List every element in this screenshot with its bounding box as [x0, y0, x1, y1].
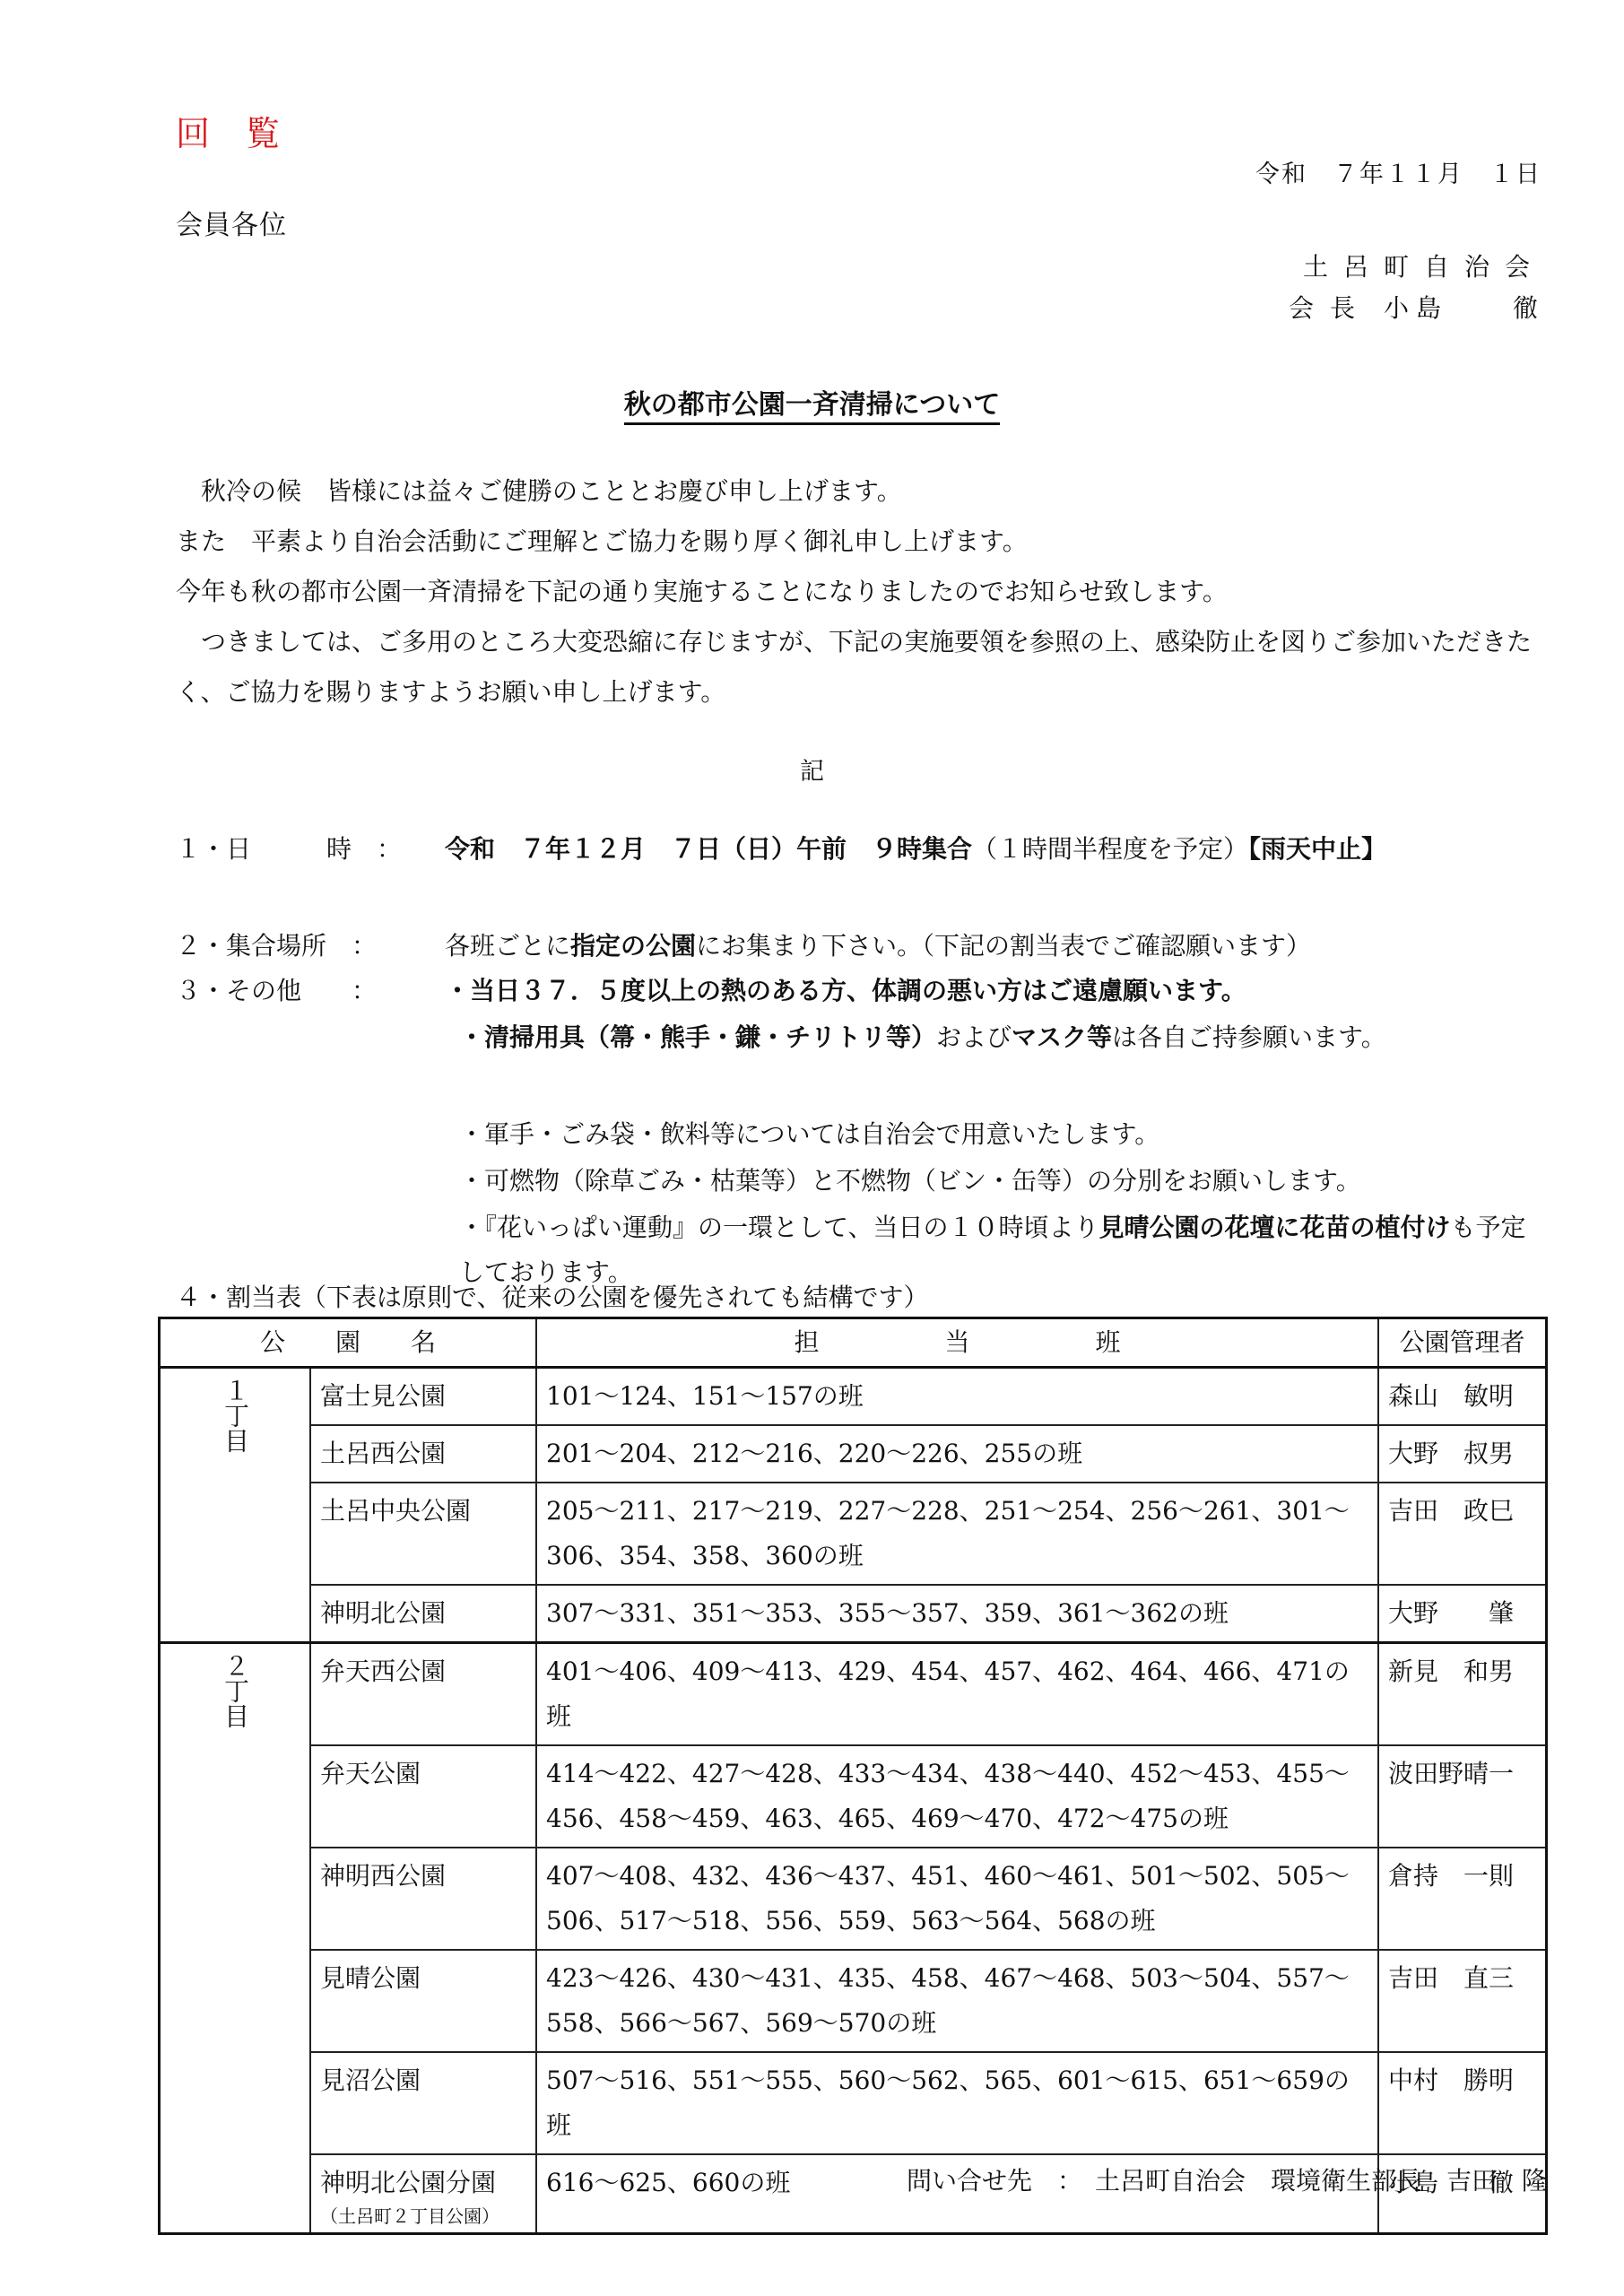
table-row: 神明北公園 307〜331、351〜353、355〜357、359、361〜36… [160, 1585, 1547, 1643]
contact-info: 問い合せ先 ： 土呂町自治会 環境衛生部長 吉田 隆 [907, 2161, 1547, 2197]
assignment-table: 公 園 名 担 当 班 公園管理者 １丁目 富士見公園 101〜124、151〜… [158, 1317, 1548, 2235]
assigned-groups: 307〜331、351〜353、355〜357、359、361〜362の班 [536, 1585, 1378, 1643]
park-manager: 波田野晴一 [1378, 1745, 1547, 1848]
assigned-groups: 507〜516、551〜555、560〜562、565、601〜615、651〜… [536, 2052, 1378, 2154]
park-manager: 中村 勝明 [1378, 2052, 1547, 2154]
assigned-groups: 401〜406、409〜413、429、454、457、462、464、466、… [536, 1643, 1378, 1746]
park-name: 土呂中央公園 [310, 1483, 536, 1585]
supplies-notice: ・軍手・ごみ袋・飲料等については自治会で用意いたします。 [176, 1112, 1624, 1157]
item-date-label: １・日 時 ： [176, 827, 445, 872]
greeting-line-3: 今年も秋の都市公園一斉清掃を下記の通り実施することになりましたのでお知らせ致しま… [176, 569, 1548, 615]
park-name: 見晴公園 [310, 1950, 536, 2052]
item-date: １・日 時 ：令和 ７年１２月 ７日（日）午前 ９時集合（１時間半程度を予定）【… [176, 827, 1548, 872]
sorting-notice: ・可燃物（除草ごみ・枯葉等）と不燃物（ビン・缶等）の分別をお願いします。 [176, 1159, 1624, 1204]
item-place-label: ２・集合場所 ： [176, 924, 445, 969]
park-manager: 吉田 政巳 [1378, 1483, 1547, 1585]
assigned-groups: 423〜426、430〜431、435、458、467〜468、503〜504、… [536, 1950, 1378, 2052]
item-other: ３・その他 ：・当日３７．５度以上の熱のある方、体調の悪い方はご遠慮願います。 [176, 969, 1548, 1013]
table-row: 土呂中央公園 205〜211、217〜219、227〜228、251〜254、2… [160, 1483, 1547, 1585]
duration-note: （１時間半程度を予定） [972, 834, 1248, 864]
event-datetime: 令和 ７年１２月 ７日（日）午前 ９時集合 [445, 834, 972, 864]
assigned-groups: 101〜124、151〜157の班 [536, 1368, 1378, 1426]
park-name: 弁天西公園 [310, 1643, 536, 1746]
president-title: 会長 [1289, 289, 1371, 325]
issue-date: 令和 ７年１１月 １日 [1255, 154, 1541, 189]
assigned-groups: 201〜204、212〜216、220〜226、255の班 [536, 1425, 1378, 1483]
greeting-line-4: つきましては、ご多用のところ大変恐縮に存じますが、下記の実施要領を参照の上、感染… [176, 617, 1548, 717]
item-other-label: ３・その他 ： [176, 969, 445, 1013]
park-manager: 新見 和男 [1378, 1643, 1547, 1746]
greeting-line-1: 秋冷の候 皆様には益々ご健勝のこととお慶び申し上げます。 [176, 468, 1548, 515]
chome-2: ２丁目 [160, 1643, 311, 2234]
park-alias: （土呂町２丁目公園） [320, 2205, 526, 2227]
park-manager: 大野 叔男 [1378, 1425, 1547, 1483]
fever-notice: ・当日３７．５度以上の熱のある方、体調の悪い方はご遠慮願います。 [445, 976, 1246, 1005]
park-manager: 倉持 一則 [1378, 1848, 1547, 1950]
assigned-groups: 205〜211、217〜219、227〜228、251〜254、256〜261、… [536, 1483, 1378, 1585]
table-row: １丁目 富士見公園 101〜124、151〜157の班 森山 敏明 [160, 1368, 1547, 1426]
park-name: 富士見公園 [310, 1368, 536, 1426]
kairan-stamp: 回覧 [176, 106, 316, 155]
assigned-groups: 414〜422、427〜428、433〜434、438〜440、452〜453、… [536, 1745, 1378, 1848]
header-groups: 担 当 班 [536, 1318, 1378, 1368]
park-name-cell: 神明北公園分園 （土呂町２丁目公園） [310, 2154, 536, 2234]
greeting-line-2: また 平素より自治会活動にご理解とご協力を賜り厚く御礼申し上げます。 [176, 518, 1548, 565]
park-name: 神明北公園分園 [320, 2168, 496, 2197]
header-manager: 公園管理者 [1378, 1318, 1547, 1368]
park-manager: 大野 肇 [1378, 1585, 1547, 1643]
table-row: 神明西公園 407〜408、432、436〜437、451、460〜461、50… [160, 1848, 1547, 1950]
table-row: 見晴公園 423〜426、430〜431、435、458、467〜468、503… [160, 1950, 1547, 2052]
table-heading: ４・割当表（下表は原則で、従来の公園を優先されても結構です） [176, 1275, 1548, 1320]
park-manager: 吉田 直三 [1378, 1950, 1547, 2052]
item-place: ２・集合場所 ：各班ごとに指定の公園にお集まり下さい。（下記の割当表でご確認願い… [176, 924, 1548, 969]
president-name: 小島 徹 [1384, 289, 1545, 325]
header-park-name: 公 園 名 [160, 1318, 537, 1368]
rain-cancel: 【雨天中止】 [1248, 834, 1386, 864]
table-row: ２丁目 弁天西公園 401〜406、409〜413、429、454、457、46… [160, 1643, 1547, 1746]
park-name: 神明西公園 [310, 1848, 536, 1950]
designated-park: 指定の公園 [570, 931, 696, 961]
organization-name: 土呂町自治会 [1303, 248, 1545, 283]
park-name: 土呂西公園 [310, 1425, 536, 1483]
park-manager: 森山 敏明 [1378, 1368, 1547, 1426]
table-row: 見沼公園 507〜516、551〜555、560〜562、565、601〜615… [160, 2052, 1547, 2154]
table-row: 土呂西公園 201〜204、212〜216、220〜226、255の班 大野 叔… [160, 1425, 1547, 1483]
park-name: 弁天公園 [310, 1745, 536, 1848]
tools-notice: ・清掃用具（箒・熊手・鎌・チリトリ等）およびマスク等は各自ご持参願います。 [176, 1015, 1548, 1060]
ki-heading: 記 [0, 752, 1624, 787]
chome-1: １丁目 [160, 1368, 311, 1643]
assigned-groups: 407〜408、432、436〜437、451、460〜461、501〜502、… [536, 1848, 1378, 1950]
table-row: 弁天公園 414〜422、427〜428、433〜434、438〜440、452… [160, 1745, 1547, 1848]
park-name: 見沼公園 [310, 2052, 536, 2154]
addressee: 会員各位 [176, 203, 287, 242]
document-title: 秋の都市公園一斉清掃について [0, 382, 1624, 422]
president-line: 会長小島 徹 [1289, 289, 1545, 325]
park-name: 神明北公園 [310, 1585, 536, 1643]
table-header-row: 公 園 名 担 当 班 公園管理者 [160, 1318, 1547, 1368]
